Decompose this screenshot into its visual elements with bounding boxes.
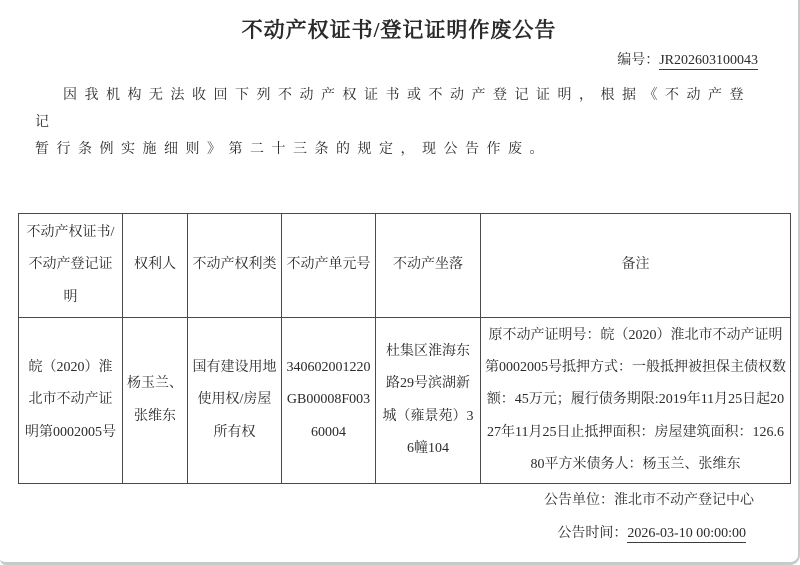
column-header-holder: 权利人	[123, 214, 188, 318]
announcement-unit-line: 公告单位：淮北市不动产登记中心	[0, 491, 798, 511]
column-header-certificate: 不动产权证书/不动产登记证明	[19, 214, 123, 318]
column-header-location: 不动产坐落	[376, 214, 481, 318]
announcement-time-value: 2026-03-10 00:00:00	[627, 526, 746, 543]
notice-body-line-1: 因我机构无法收回下列不动产权证书或不动产登记证明，根据《不动产登记	[35, 82, 765, 136]
announcement-time-label: 公告时间：	[557, 526, 627, 541]
announcement-unit-value: 淮北市不动产登记中心	[614, 493, 754, 508]
column-header-remark: 备注	[481, 214, 791, 318]
cell-location: 杜集区淮海东路29号滨湖新城（雍景苑）36幢104	[376, 318, 481, 484]
table-header-row: 不动产权证书/不动产登记证明 权利人 不动产权利类 不动产单元号 不动产坐落 备…	[19, 214, 791, 318]
column-header-right-type: 不动产权利类	[188, 214, 282, 318]
table-row: 皖（2020）淮北市不动产证明第0002005号 杨玉兰、张维东 国有建设用地使…	[19, 318, 791, 484]
cancellation-notice-document: 不动产权证书/登记证明作废公告 编号：JR202603100043 因我机构无法…	[0, 0, 800, 565]
column-header-unit-number: 不动产单元号	[282, 214, 376, 318]
cell-holder: 杨玉兰、张维东	[123, 318, 188, 484]
cell-right-type: 国有建设用地使用权/房屋所有权	[188, 318, 282, 484]
cell-remark: 原不动产证明号：皖（2020）淮北市不动产证明第0002005号抵押方式：一般抵…	[481, 318, 791, 484]
cell-unit-number: 340602001220GB00008F00360004	[282, 318, 376, 484]
notice-number-line: 编号：JR202603100043	[0, 49, 798, 69]
notice-body-paragraph: 因我机构无法收回下列不动产权证书或不动产登记证明，根据《不动产登记 暂行条例实施…	[35, 82, 765, 163]
cell-certificate: 皖（2020）淮北市不动产证明第0002005号	[19, 318, 123, 484]
cancellation-table: 不动产权证书/不动产登记证明 权利人 不动产权利类 不动产单元号 不动产坐落 备…	[18, 213, 791, 484]
announcement-unit-label: 公告单位：	[544, 493, 614, 508]
notice-body-line-2: 暂行条例实施细则》第二十三条的规定，现公告作废。	[35, 136, 765, 163]
notice-number-label: 编号：	[617, 53, 659, 68]
announcement-time-line: 公告时间：2026-03-10 00:00:00	[0, 524, 798, 544]
notice-number-value: JR202603100043	[659, 53, 758, 70]
page-title: 不动产权证书/登记证明作废公告	[0, 0, 798, 44]
